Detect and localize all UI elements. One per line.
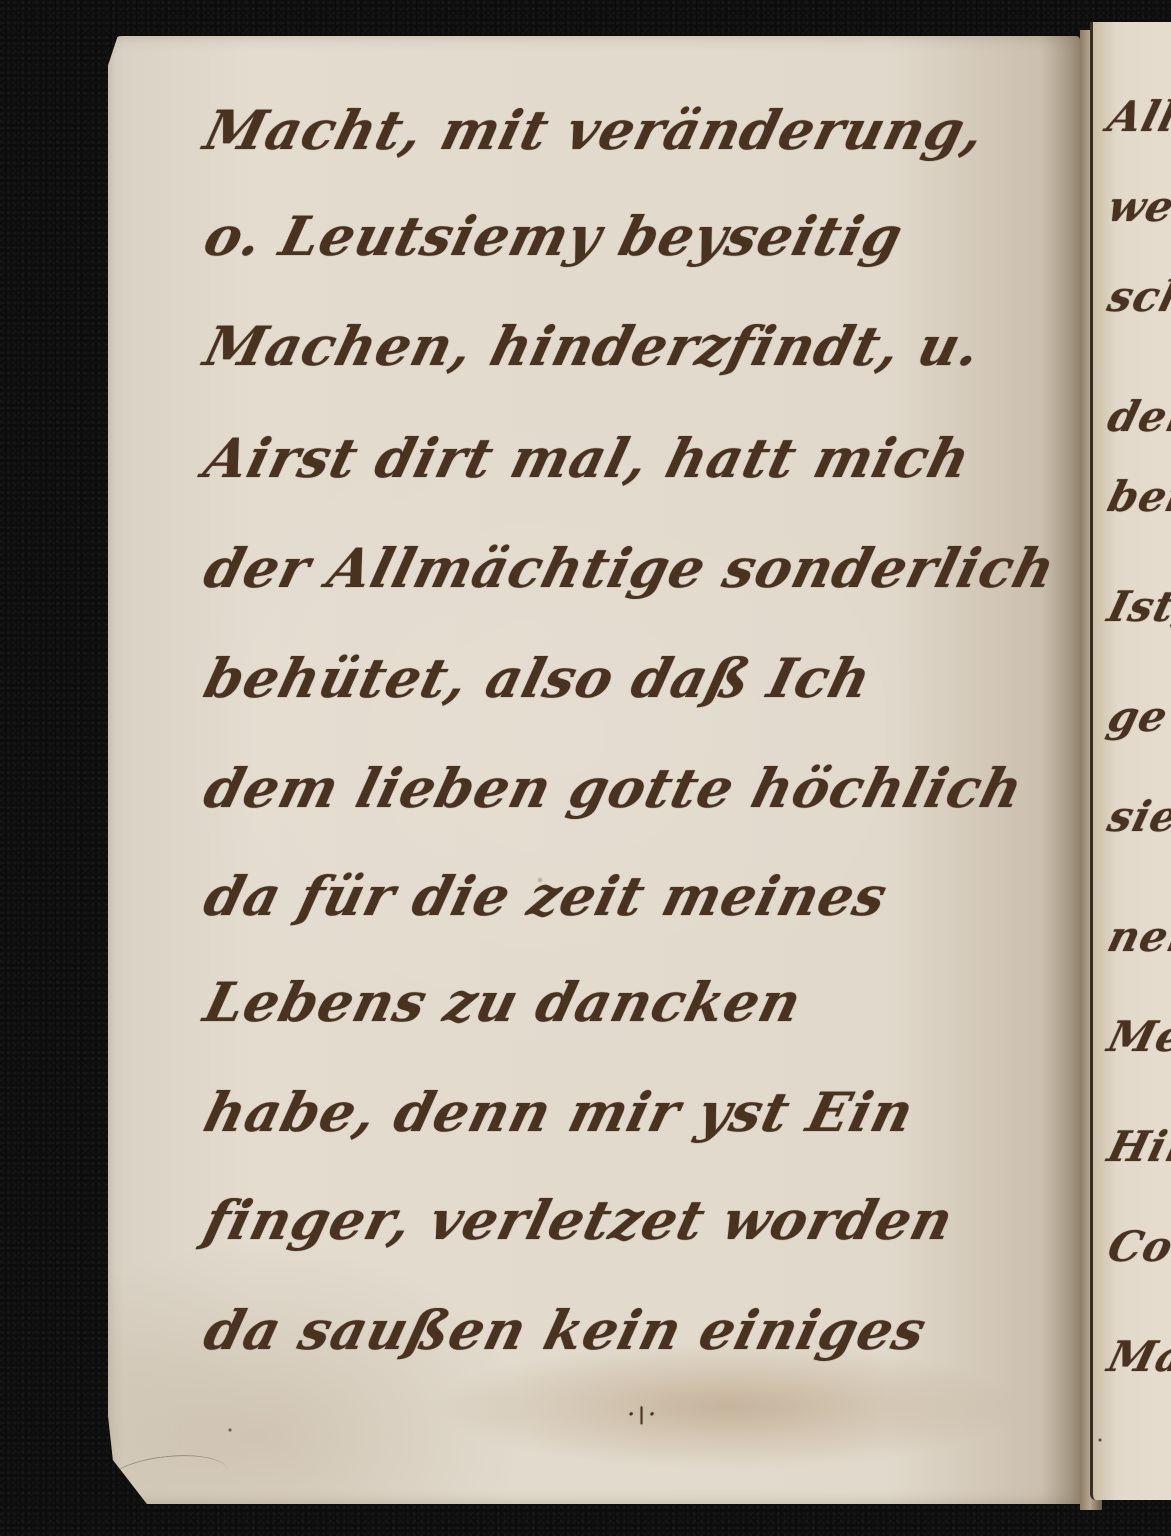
text-line: Airst dirt mal, hatt mich: [198, 426, 977, 490]
text-line: Hin: [1103, 1122, 1171, 1171]
text-line: beinig: [1103, 472, 1171, 521]
text-line: der Allmächtige sonderlich: [198, 536, 1062, 600]
manuscript-right-page: Alle werd schad den u beinig Ist, v ge f…: [1090, 22, 1171, 1500]
text-line: den u: [1103, 392, 1171, 441]
text-line: habe, denn mir yst Ein: [198, 1080, 921, 1144]
text-line: nen g: [1103, 912, 1171, 961]
handwritten-text-block-right: Alle werd schad den u beinig Ist, v ge f…: [1093, 22, 1171, 1500]
text-line: da für die zeit meines: [198, 864, 894, 928]
text-line: Machen, hinderzfindt, u.: [198, 314, 988, 378]
text-line: o. Leutsiemy beyseitig: [198, 204, 910, 268]
handwritten-text-block: Macht, mit veränderung, o. Leutsiemy bey…: [108, 36, 1080, 1504]
footer-marks: ·|·: [628, 1404, 659, 1425]
text-line: Com: [1103, 1222, 1171, 1271]
text-line: Ist, v: [1103, 582, 1171, 631]
text-line: Malf: [1103, 1332, 1171, 1381]
manuscript-left-page: Macht, mit veränderung, o. Leutsiemy bey…: [108, 36, 1080, 1504]
text-line: finger, verletzet worden: [198, 1188, 960, 1252]
text-line: Lebens zu dancken: [198, 970, 809, 1034]
text-line: Alle: [1103, 92, 1171, 141]
text-line: behütet, also daß Ich: [198, 646, 878, 710]
text-line: ge f: [1103, 692, 1171, 741]
text-line: Macht, mit veränderung,: [198, 98, 992, 162]
text-line: siel: [1103, 792, 1171, 841]
text-line: schad: [1103, 272, 1171, 321]
text-line: da saußen kein einiges: [198, 1298, 933, 1362]
text-line: werd: [1103, 182, 1171, 231]
text-line: Mein: [1103, 1012, 1171, 1061]
text-line: dem lieben gotte höchlich: [198, 756, 1030, 820]
